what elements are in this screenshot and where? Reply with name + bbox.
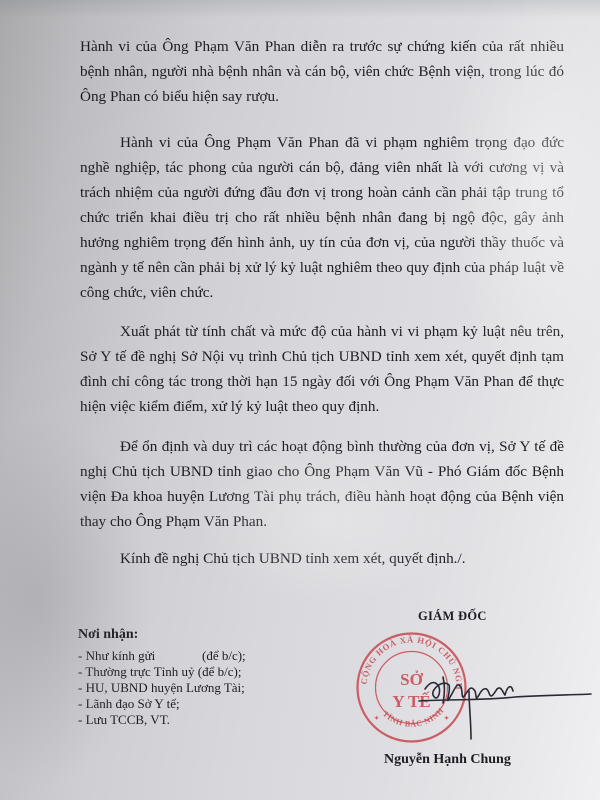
svg-text:✦: ✦ [374,715,379,722]
recipient-item: - Lưu TCCB, VT. [78,712,338,728]
recipient-text: - Lưu TCCB, VT. [78,712,170,727]
paragraph-5-closing: Kính đề nghị Chủ tịch UBND tỉnh xem xét,… [80,546,564,571]
paragraph-2: Hành vi của Ông Phạm Văn Phan đã vi phạm… [80,130,564,305]
paragraph-3: Xuất phát từ tính chất và mức độ của hàn… [80,319,564,419]
recipient-note: (để b/c); [202,648,246,664]
recipient-text: - Như kính gửi [78,648,155,663]
recipients-block: Nơi nhận: - Như kính gửi (để b/c); - Thư… [78,627,338,728]
recipient-item: - HU, UBND huyện Lương Tài; [78,680,338,696]
recipient-item: - Thường trực Tỉnh uỷ (để b/c); [78,664,338,680]
paragraph-1: Hành vi của Ông Phạm Văn Phan diễn ra tr… [80,34,564,109]
recipient-item: - Lãnh đạo Sở Y tế; [78,696,338,712]
recipient-item: - Như kính gửi (để b/c); [78,648,338,664]
recipients-title: Nơi nhận: [78,627,338,643]
handwritten-signature-icon [415,665,595,745]
recipient-text: - HU, UBND huyện Lương Tài; [78,680,245,695]
document-page: Hành vi của Ông Phạm Văn Phan diễn ra tr… [0,0,600,800]
recipient-text: - Lãnh đạo Sở Y tế; [78,696,180,711]
signature-title: GIÁM ĐỐC [418,609,487,624]
signer-name: Nguyễn Hạnh Chung [384,752,511,768]
paragraph-4: Để ổn định và duy trì các hoạt động bình… [80,434,564,534]
recipient-text: - Thường trực Tỉnh uỷ (để b/c); [78,664,241,679]
